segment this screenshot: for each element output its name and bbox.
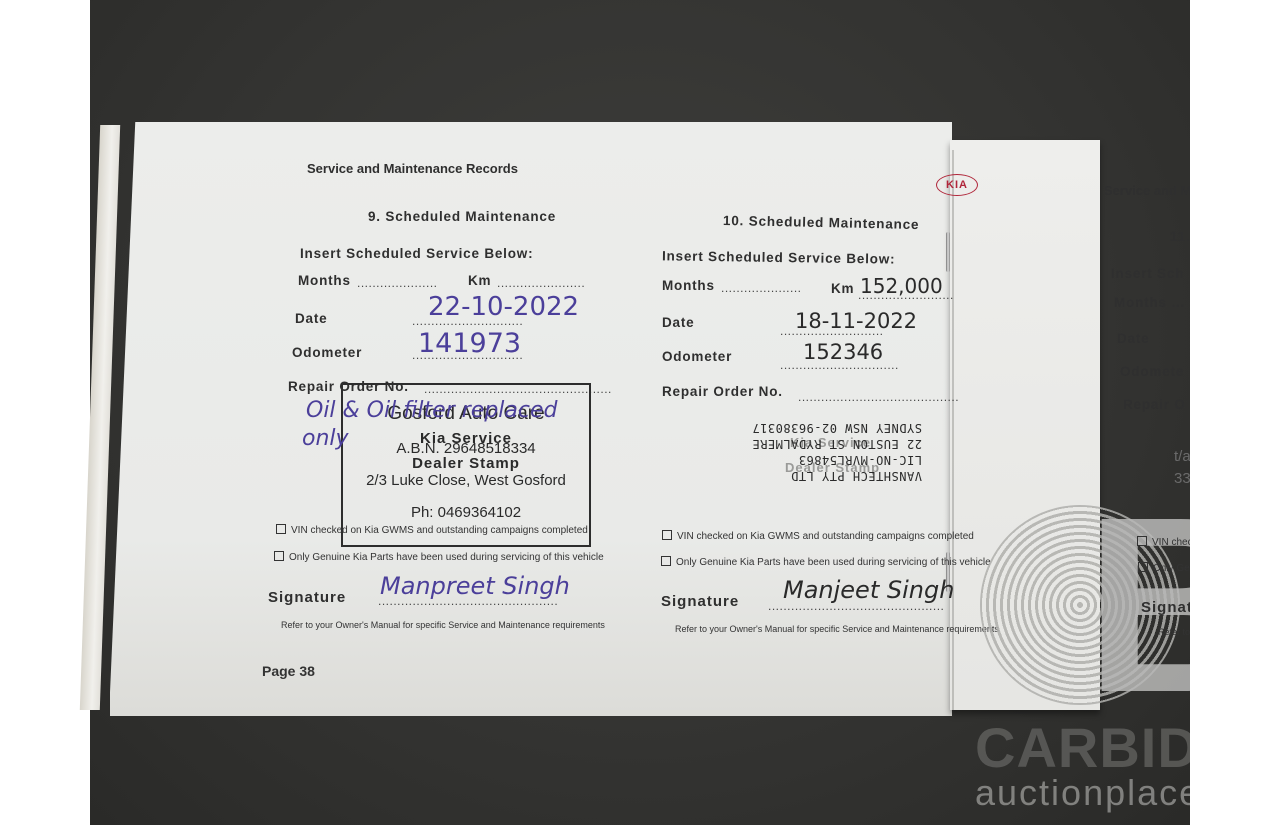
right-margin xyxy=(1190,0,1280,825)
dealer-phone: Ph: 0469364102 xyxy=(343,504,589,521)
months-label-9: Months xyxy=(298,273,351,288)
section-title-9: 9. Scheduled Maintenance xyxy=(368,209,556,224)
odometer-value-9: 141973 xyxy=(418,328,521,359)
months-label-10: Months xyxy=(662,278,715,293)
km-field-9: ....................... xyxy=(497,276,585,290)
checkbox-label: VIN chec xyxy=(1152,537,1193,548)
checkbox-icon[interactable] xyxy=(274,551,284,561)
stamp-placeholder-line2: Dealer Stamp xyxy=(343,455,589,472)
next-footer-note: Refer to xyxy=(1158,627,1190,637)
dealer-stamp-10-upside-down: VANSHTECH PTY LTD LIC-NO-MVRL54863 22 EU… xyxy=(752,420,922,484)
insert-label-9: Insert Scheduled Service Below: xyxy=(300,246,533,261)
checkbox-icon[interactable] xyxy=(276,524,286,534)
date-label-9: Date xyxy=(295,311,327,326)
date-value-10: 18-11-2022 xyxy=(795,309,917,333)
next-repair-order-label: Repair O xyxy=(1123,397,1186,412)
odometer-label-9: Odometer xyxy=(292,345,362,360)
staple-icon xyxy=(946,232,950,272)
kia-logo: KIA xyxy=(936,174,978,196)
next-checkbox-vin[interactable]: VIN chec xyxy=(1137,536,1193,548)
checkbox-parts-label: Only Genuine Kia Parts have been used du… xyxy=(676,557,991,568)
checkbox-icon[interactable] xyxy=(1137,536,1147,546)
watermark-tagline: auctionplace xyxy=(975,772,1201,814)
handwritten-note-line2: only xyxy=(302,426,349,451)
next-date-label: Date xyxy=(1117,331,1149,346)
repair-order-label-10: Repair Order No. xyxy=(662,384,783,399)
checkbox-icon[interactable] xyxy=(661,556,671,566)
signature-value-10: Manjeet Singh xyxy=(783,576,954,604)
km-label-9: Km xyxy=(468,273,491,288)
stamp-line: SYDNEY NSW 02-96380317 xyxy=(752,420,922,436)
checkbox-parts-label: Only Genuine Kia Parts have been used du… xyxy=(289,552,604,563)
note-text: Oil & Oil filter replaced xyxy=(306,398,557,423)
checkbox-vin-9[interactable]: VIN checked on Kia GWMS and outstanding … xyxy=(276,524,588,536)
km-label-10: Km xyxy=(831,281,854,296)
date-value-9: 22-10-2022 xyxy=(428,292,579,322)
footer-note-9: Refer to your Owner's Manual for specifi… xyxy=(281,620,605,630)
signature-label-9: Signature xyxy=(268,589,346,606)
signature-label-10: Signature xyxy=(661,593,739,610)
next-section-title: 11. xyxy=(1170,229,1190,244)
next-page-header: Service and M xyxy=(1104,183,1191,198)
signature-value-9: Manpreet Singh xyxy=(380,572,570,600)
checkbox-vin-label: VIN checked on Kia GWMS and outstanding … xyxy=(677,531,974,542)
stamp-line: LIC-NO-MVRL54863 xyxy=(752,452,922,468)
checkbox-label: Only Ge xyxy=(1153,563,1190,574)
odometer-value-10: 152346 xyxy=(803,340,883,364)
odometer-label-10: Odometer xyxy=(662,349,732,364)
stamp-line: 22 EUSTON ST RYDALMERE xyxy=(752,436,922,452)
stamp-line: VANSHTECH PTY LTD xyxy=(752,468,922,484)
footer-note-10: Refer to your Owner's Manual for specifi… xyxy=(675,624,999,634)
page-number: Page 38 xyxy=(262,663,315,679)
next-odometer-label: Odomete xyxy=(1120,364,1184,379)
next-checkbox-parts[interactable]: Only Ge xyxy=(1138,562,1190,574)
checkbox-vin-label: VIN checked on Kia GWMS and outstanding … xyxy=(291,525,588,536)
checkbox-parts-9[interactable]: Only Genuine Kia Parts have been used du… xyxy=(274,551,604,563)
next-months-label: Months ... xyxy=(1114,295,1185,310)
checkbox-icon[interactable] xyxy=(662,530,672,540)
months-field-10: ..................... xyxy=(721,281,802,295)
repair-order-dots-10: ........................................… xyxy=(798,390,959,404)
handwritten-note-line1: Oil & Oil filter replaced xyxy=(306,398,557,423)
checkbox-vin-10[interactable]: VIN checked on Kia GWMS and outstanding … xyxy=(662,530,974,542)
next-stamp-fragment-1: t/a xyxy=(1174,448,1191,465)
checkbox-parts-10[interactable]: Only Genuine Kia Parts have been used du… xyxy=(661,556,991,568)
page-header: Service and Maintenance Records xyxy=(307,161,518,176)
next-signature-label: Signat xyxy=(1141,599,1193,616)
checkbox-icon[interactable] xyxy=(1138,562,1148,572)
date-label-10: Date xyxy=(662,315,694,330)
months-field-9: ..................... xyxy=(357,276,438,290)
next-insert-label: Insert Sch xyxy=(1111,266,1184,281)
dealer-address: 2/3 Luke Close, West Gosford xyxy=(343,472,589,489)
km-value-10: 152,000 xyxy=(860,274,943,298)
